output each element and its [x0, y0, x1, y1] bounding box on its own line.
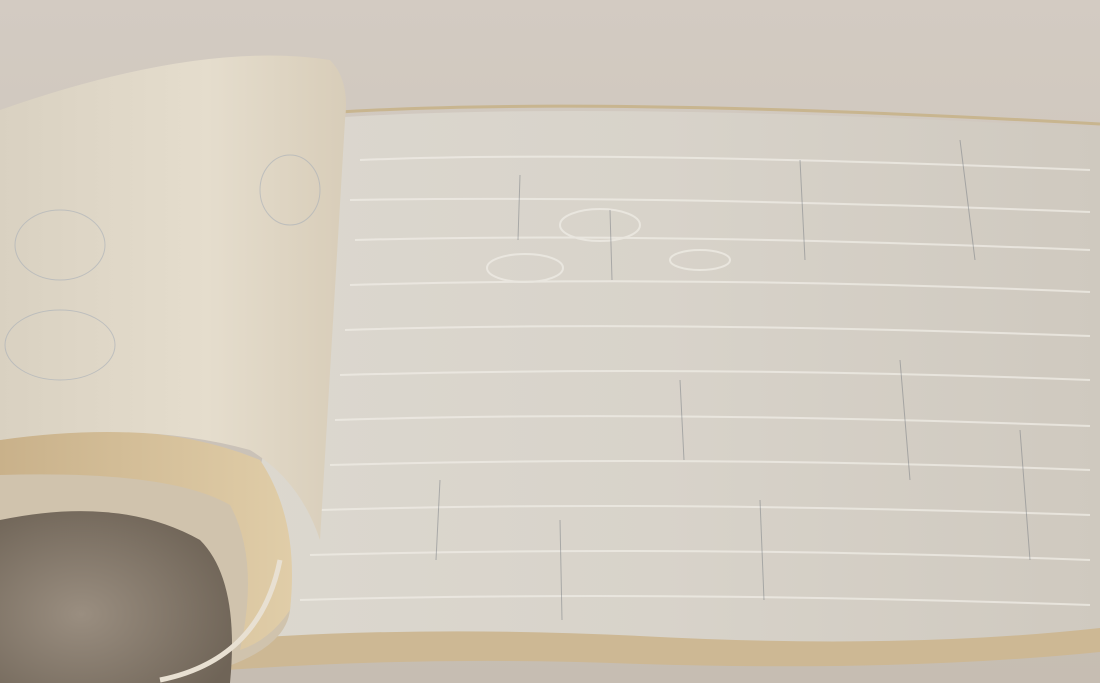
paper-book-illustration	[0, 0, 1100, 683]
photo-scene	[0, 0, 1100, 683]
right-page	[220, 111, 1100, 660]
